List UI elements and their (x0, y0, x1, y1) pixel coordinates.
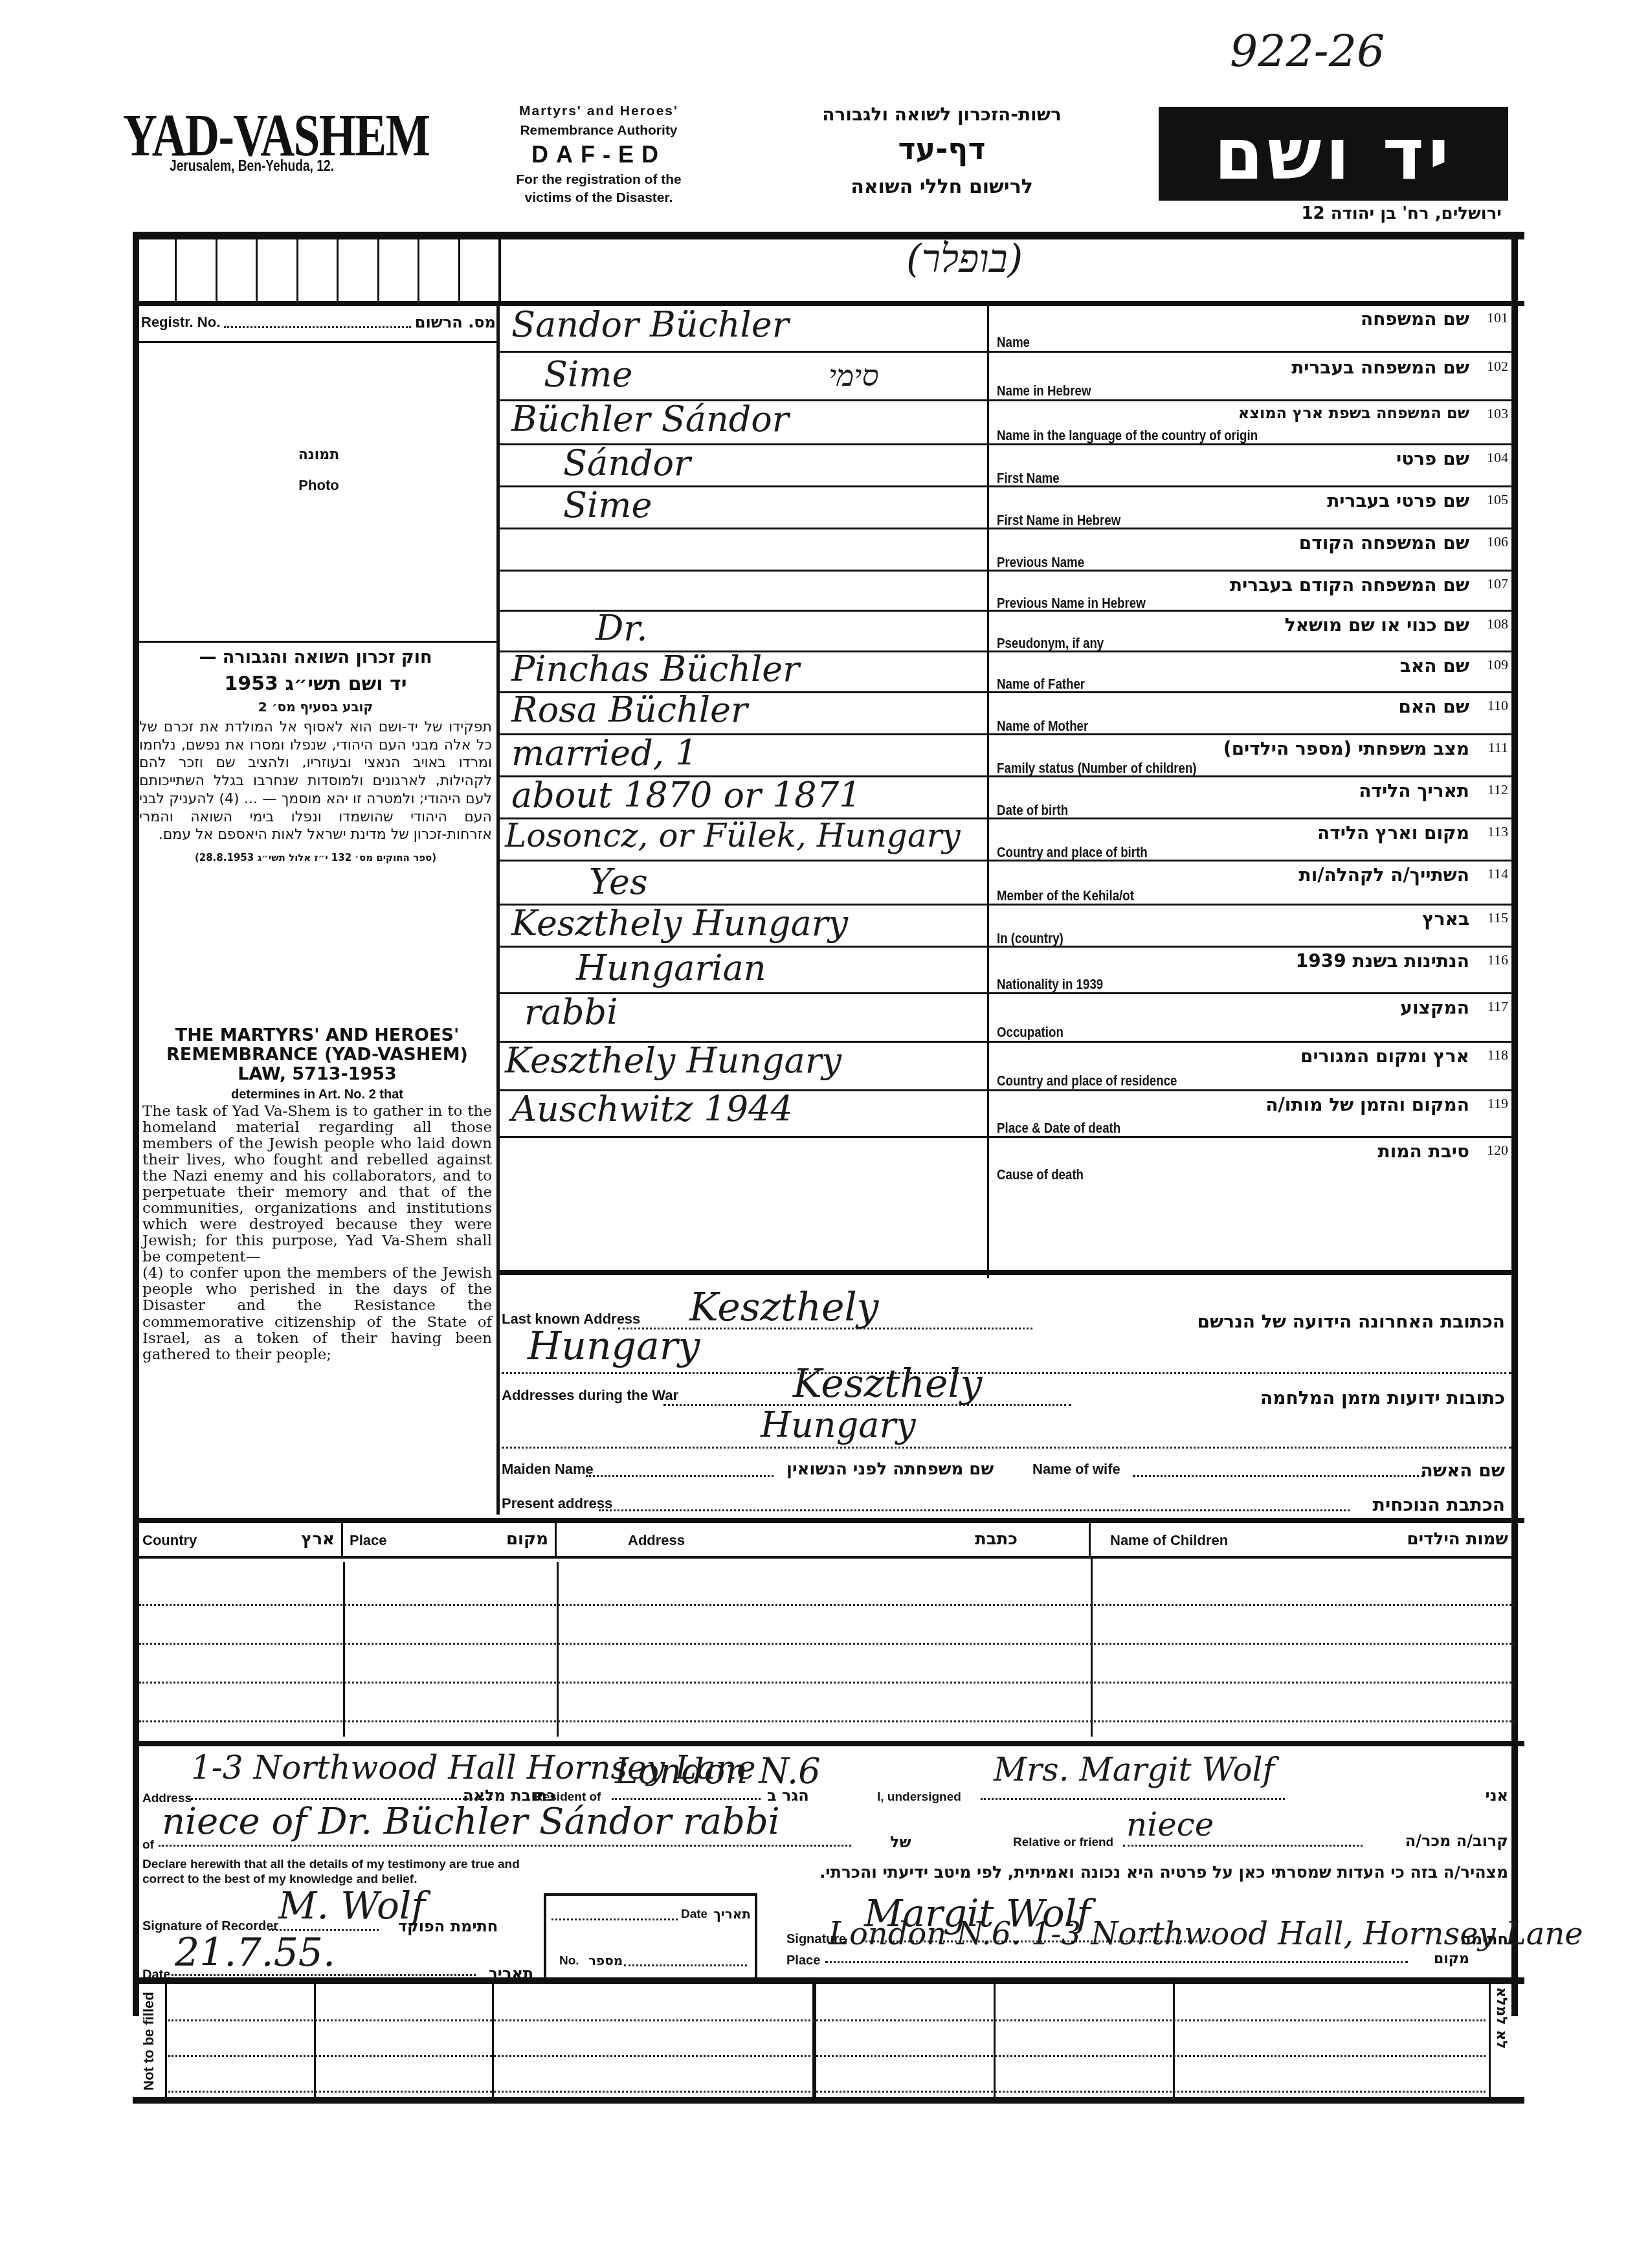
not-to-be-filled-label-he: לא למלא (1493, 1987, 1509, 2049)
hebrew-surname-note: (בופלר) (906, 236, 1023, 282)
purpose-line1: For the registration of the (453, 172, 744, 188)
field-104-number: 104 (1487, 449, 1508, 466)
field-110-value[interactable]: Rosa Büchler (511, 689, 748, 730)
col-children-en: Name of Children (1110, 1532, 1228, 1549)
wife-name-field[interactable] (1133, 1475, 1424, 1477)
office-number-field[interactable] (624, 1964, 747, 1966)
field-109-label-he: שם האב (1400, 655, 1469, 676)
recorder-signature-label-he: חתימת הפוקד (398, 1917, 498, 1935)
last-known-address-value1: Keszthely (689, 1285, 878, 1330)
relative-value: niece (1126, 1806, 1214, 1843)
authority-line1: Martyrs' and Heroes' (453, 104, 744, 119)
resident-of-value: London N.6 (615, 1751, 821, 1792)
law-hebrew-block: חוק זכרון השואה והגבורה — יד ושם תשי״ג 1… (139, 647, 492, 863)
form-title: DAF-ED (453, 141, 744, 168)
war-addresses-label-en: Addresses during the War (502, 1387, 678, 1403)
maiden-name-field[interactable] (586, 1475, 774, 1477)
hebrew-authority: רשות-הזכרון לשואה ולגבורה (796, 104, 1087, 125)
field-104-label-he: שם פרטי (1396, 448, 1469, 469)
field-109-number: 109 (1487, 656, 1508, 673)
place-value: London N.6. 1-3 Northwood Hall, Hornsey … (829, 1916, 1583, 1952)
date-value: 21.7.55. (175, 1930, 335, 1975)
office-date-label-en: Date (681, 1907, 707, 1922)
office-date-label-he: תאריך (713, 1906, 751, 1922)
office-use-box: Date תאריך No. מספר (544, 1893, 757, 1981)
col-place-en: Place (350, 1532, 387, 1549)
field-112-value[interactable]: about 1870 or 1871 (511, 775, 861, 816)
field-104-value[interactable]: Sándor (563, 443, 691, 484)
addresses-section: Last known Address Keszthely הכתובת האחר… (502, 1278, 1511, 1518)
field-row-111: married, 1 111 מצב משפחתי (מספר הילדים) … (498, 735, 1515, 777)
children-row-4[interactable] (139, 1720, 1515, 1722)
field-114-label-en: Member of the Kehila/ot (997, 887, 1134, 904)
field-row-112: about 1870 or 1871 112 תאריך הלידה Date … (498, 777, 1515, 819)
last-known-address-value2: Hungary (528, 1324, 700, 1369)
place-label-he: מקום (1434, 1951, 1469, 1967)
field-row-120: 120 סיבת המות Cause of death (498, 1138, 1515, 1184)
field-117-value[interactable]: rabbi (524, 992, 618, 1032)
yad-vashem-logo: יד ושם (1159, 107, 1508, 201)
field-115-label-he: בארץ (1422, 908, 1469, 929)
authority-line2: Remembrance Authority (453, 123, 744, 139)
field-107-label-en: Previous Name in Hebrew (997, 595, 1146, 612)
field-111-number: 111 (1488, 739, 1508, 756)
col-children: Name of Children שמות הילדים (1091, 1523, 1515, 1556)
field-row-118: Keszthely Hungary 118 ארץ ומקום המגורים … (498, 1043, 1515, 1091)
law-he-body: תפקידו של יד-ושם הוא לאסוף אל המולדת את … (139, 718, 492, 844)
place-label-en: Place (786, 1953, 820, 1968)
field-109-value[interactable]: Pinchas Büchler (511, 649, 799, 689)
field-row-117: rabbi 117 המקצוע Occupation (498, 994, 1515, 1043)
field-108-number: 108 (1487, 616, 1508, 632)
field-117-label-he: המקצוע (1400, 997, 1469, 1018)
undersigned-value: Mrs. Margit Wolf (994, 1751, 1275, 1788)
field-114-number: 114 (1487, 865, 1508, 882)
field-114-value[interactable]: Yes (589, 862, 648, 902)
law-english-block: THE MARTYRS' AND HEROES' REMEMBRANCE (YA… (142, 1026, 492, 1363)
of-field[interactable] (159, 1845, 851, 1847)
children-table-header: Country ארץ Place מקום Address כתבת Name… (139, 1523, 1515, 1559)
not-to-be-filled-section: Not to be filled לא למלא (139, 1984, 1515, 2097)
footer-row-2[interactable] (168, 2055, 1486, 2057)
field-row-110: Rosa Büchler 110 שם האם Name of Mother (498, 693, 1515, 735)
field-115-value[interactable]: Keszthely Hungary (511, 903, 848, 944)
law-he-title2: יד ושם תשי״ג 1953 (139, 673, 492, 695)
photo-label-en: Photo (139, 477, 498, 494)
field-row-103: Büchler Sándor 103 שם המשפחה בשפת ארץ המ… (498, 401, 1515, 445)
field-105-label-he: שם פרטי בעברית (1327, 490, 1469, 511)
undersigned-label-he: אני (1486, 1786, 1508, 1805)
field-103-number: 103 (1487, 405, 1508, 422)
present-address-label-en: Present address (502, 1495, 612, 1511)
field-107-label-he: שם המשפחה הקודם בעברית (1230, 574, 1469, 595)
col-country-en: Country (142, 1532, 197, 1549)
field-120-label-en: Cause of death (997, 1166, 1084, 1183)
field-107-number: 107 (1487, 575, 1508, 592)
of-value: niece of Dr. Büchler Sándor rabbi (162, 1801, 780, 1843)
field-116-number: 116 (1487, 951, 1508, 968)
war-addresses-label-he: כתובות ידועות מזמן המלחמה (1260, 1387, 1505, 1408)
field-row-107: 107 שם המשפחה הקודם בעברית Previous Name… (498, 572, 1515, 612)
field-115-number: 115 (1487, 909, 1508, 926)
col-place-he: מקום (506, 1529, 548, 1549)
relative-field[interactable] (1123, 1845, 1363, 1847)
field-106-label-he: שם המשפחה הקודם (1299, 532, 1469, 553)
col-address: Address כתבת (557, 1523, 1091, 1556)
col-place: Place מקום (343, 1523, 557, 1556)
field-101-label-he: שם המשפחה (1361, 308, 1469, 329)
relative-label-he: קרוב/ה מכר/ה (1405, 1832, 1508, 1850)
field-109-label-en: Name of Father (997, 676, 1085, 693)
col-address-en: Address (628, 1532, 685, 1549)
present-address-field[interactable] (599, 1509, 1350, 1511)
field-101-number: 101 (1487, 309, 1508, 326)
declaration-top-rule (133, 1741, 1524, 1746)
field-108-label-he: שם כנוי או שם מושאל (1285, 614, 1469, 636)
field-105-value[interactable]: Sime (563, 485, 652, 526)
field-row-108: Dr. 108 שם כנוי או שם מושאל Pseudonym, i… (498, 612, 1515, 652)
law-en-title1: THE MARTYRS' AND HEROES' (142, 1026, 492, 1045)
field-117-label-en: Occupation (997, 1024, 1063, 1041)
field-113-label-en: Country and place of birth (997, 844, 1148, 861)
fields-grid: Sandor Büchler 101 שם המשפחה Name Sime ס… (498, 304, 1515, 1278)
field-row-109: Pinchas Büchler 109 שם האב Name of Fathe… (498, 652, 1515, 693)
declaration-text-en: Declare herewith that all the details of… (142, 1858, 544, 1887)
file-number-handwritten: 922-26 (1230, 26, 1385, 77)
field-102-value[interactable]: Sime (544, 354, 632, 395)
field-row-116: Hungarian 116 הנתינות בשנת 1939 National… (498, 948, 1515, 994)
footer-row-1[interactable] (168, 2019, 1486, 2021)
field-103-value[interactable]: Büchler Sándor (511, 399, 789, 439)
hebrew-form-title: דף-עד (796, 131, 1087, 166)
photo-label-he: תמונה (139, 447, 498, 463)
maiden-name-label-en: Maiden Name (502, 1461, 594, 1477)
field-113-value[interactable]: Losoncz, or Fülek, Hungary (505, 817, 961, 854)
field-110-label-en: Name of Mother (997, 718, 1088, 735)
law-en-title3: LAW, 5713-1953 (142, 1065, 492, 1084)
law-en-body: The task of Yad Va-Shem is to gather in … (142, 1104, 492, 1266)
war-addresses-line2[interactable] (502, 1447, 1511, 1449)
resident-of-field[interactable] (612, 1798, 761, 1800)
purpose-line2: victims of the Disaster. (453, 190, 744, 206)
children-table: Country ארץ Place מקום Address כתבת Name… (139, 1523, 1515, 1737)
footer-bottom-rule (133, 2097, 1524, 2104)
last-known-address-label-he: הכתובת האחרונה הידועה של הנרשם (1197, 1311, 1505, 1332)
logo-text: יד ושם (1214, 113, 1453, 195)
office-number-label-he: מספר (588, 1953, 623, 1968)
col-country-he: ארץ (301, 1529, 335, 1549)
field-119-label-en: Place & Date of death (997, 1120, 1120, 1137)
field-101-label-en: Name (997, 334, 1030, 351)
photo-area: תמונה Photo (139, 343, 498, 641)
field-116-value[interactable]: Hungarian (576, 948, 766, 988)
field-118-label-he: ארץ ומקום המגורים (1300, 1045, 1469, 1067)
logo-address: ירושלים, רח' בן יהודה 12 (1165, 204, 1502, 223)
law-en-title2: REMEMBRANCE (YAD-VASHEM) (142, 1045, 492, 1065)
field-120-label-he: סיבת המות (1378, 1140, 1469, 1162)
field-103-label-he: שם המשפחה בשפת ארץ המוצא (1238, 404, 1469, 422)
field-117-number: 117 (1487, 998, 1508, 1015)
children-row-2[interactable] (139, 1643, 1515, 1645)
field-118-number: 118 (1487, 1047, 1508, 1063)
field-102-label-en: Name in Hebrew (997, 383, 1091, 399)
field-119-label-he: המקום והזמן של מותו/ה (1265, 1094, 1469, 1115)
field-102-label-he: שם המשפחה בעברית (1291, 357, 1469, 378)
registration-label-en: Registr. No. (141, 314, 220, 331)
field-row-101: Sandor Büchler 101 שם המשפחה Name (498, 304, 1515, 353)
undersigned-label-en: I, undersigned (877, 1790, 961, 1805)
registration-number-row: Registr. No. מס. הרשום (141, 309, 496, 335)
field-row-114: Yes 114 השתייך/ה לקהלה/ות Member of the … (498, 862, 1515, 906)
field-118-label-en: Country and place of residence (997, 1073, 1177, 1089)
hebrew-purpose: לרישום חללי השואה (796, 175, 1087, 198)
field-row-113: Losoncz, or Fülek, Hungary 113 מקום וארץ… (498, 819, 1515, 862)
wife-name-label-en: Name of wife (1032, 1461, 1120, 1478)
maiden-name-label-he: שם משפחתה לפני הנשואין (786, 1460, 994, 1479)
children-row-1[interactable] (139, 1604, 1515, 1606)
field-row-119: Auschwitz 1944 119 המקום והזמן של מותו/ה… (498, 1091, 1515, 1138)
field-118-value[interactable]: Keszthely Hungary (505, 1040, 841, 1081)
org-address: Jerusalem, Ben-Yehuda, 12. (170, 157, 334, 175)
field-119-value[interactable]: Auschwitz 1944 (511, 1089, 793, 1129)
field-112-label-he: תאריך הלידה (1359, 780, 1469, 801)
present-address-label-he: הכתבת הנוכחית (1373, 1494, 1505, 1515)
field-103-label-en: Name in the language of the country of o… (997, 427, 1258, 444)
field-102-number: 102 (1487, 358, 1508, 375)
war-addresses-value2: Hungary (761, 1405, 916, 1445)
field-102-value-he[interactable]: סימי (829, 358, 879, 393)
field-105-label-en: First Name in Hebrew (997, 512, 1120, 529)
field-113-label-he: מקום וארץ הלידה (1317, 822, 1469, 843)
field-105-number: 105 (1487, 491, 1508, 508)
field-112-label-en: Date of birth (997, 802, 1068, 819)
relative-label-en: Relative or friend (1013, 1836, 1113, 1850)
children-row-3[interactable] (139, 1682, 1515, 1684)
office-date-field[interactable] (551, 1918, 678, 1920)
law-he-subtitle: קובע בסעיף מס׳ 2 (139, 699, 492, 715)
footer-top-rule (133, 1977, 1524, 1984)
col-address-he: כתבת (975, 1529, 1018, 1549)
hebrew-authority-block: רשות-הזכרון לשואה ולגבורה דף-עד לרישום ח… (796, 104, 1087, 198)
field-116-label-he: הנתינות בשנת 1939 (1296, 950, 1469, 972)
wife-name-label-he: שם האשה (1420, 1460, 1505, 1481)
field-106-label-en: Previous Name (997, 554, 1084, 571)
declarant-address-field[interactable] (188, 1798, 492, 1800)
law-en-body2: (4) to confer upon the members of the Je… (142, 1265, 492, 1362)
field-110-number: 110 (1487, 697, 1508, 714)
field-row-104: Sándor 104 שם פרטי First Name (498, 445, 1515, 487)
field-114-label-he: השתייך/ה לקהלה/ות (1299, 864, 1469, 885)
field-113-number: 113 (1487, 823, 1508, 840)
registration-label-he: מס. הרשום (415, 313, 496, 331)
war-addresses-value1: Keszthely (793, 1361, 982, 1406)
top-rule (133, 232, 1524, 239)
field-row-102: Sime סימי 102 שם המשפחה בעברית Name in H… (498, 353, 1515, 401)
col-country: Country ארץ (139, 1523, 343, 1556)
field-112-number: 112 (1487, 781, 1508, 798)
field-row-105: Sime 105 שם פרטי בעברית First Name in He… (498, 487, 1515, 529)
undersigned-field[interactable] (981, 1798, 1285, 1800)
field-row-115: Keszthely Hungary 115 בארץ In (country) (498, 906, 1515, 948)
field-115-label-en: In (country) (997, 930, 1063, 947)
field-119-number: 119 (1487, 1095, 1508, 1112)
field-104-label-en: First Name (997, 470, 1060, 487)
law-he-title1: חוק זכרון השואה והגבורה — (139, 647, 492, 667)
addresses-top-rule (498, 1270, 1518, 1275)
authority-block: Martyrs' and Heroes' Remembrance Authori… (453, 104, 744, 206)
office-number-label-en: No. (559, 1954, 579, 1968)
registration-number-field[interactable] (224, 317, 411, 328)
field-108-label-en: Pseudonym, if any (997, 635, 1104, 652)
last-known-address-line2[interactable] (502, 1372, 1511, 1374)
field-111-label-he: מצב משפחתי (מספר הילדים) (1223, 738, 1469, 759)
coding-boxes (139, 239, 498, 304)
field-110-label-he: שם האם (1398, 696, 1469, 717)
of-label-he: של (890, 1833, 911, 1851)
not-to-be-filled-label-en: Not to be filled (140, 1990, 157, 2091)
of-label-en: of (142, 1838, 154, 1852)
field-101-value[interactable]: Sandor Büchler (511, 304, 789, 345)
law-he-footnote: (ספר החוקים מס׳ 132 י״ז אלול תשי״ג 28.8.… (139, 852, 492, 863)
field-120-number: 120 (1487, 1142, 1508, 1159)
field-111-value[interactable]: married, 1 (511, 733, 698, 773)
footer-row-3[interactable] (168, 2091, 1486, 2093)
field-108-value[interactable]: Dr. (596, 608, 647, 649)
field-106-number: 106 (1487, 533, 1508, 550)
field-116-label-en: Nationality in 1939 (997, 976, 1103, 993)
field-row-106: 106 שם המשפחה הקודם Previous Name (498, 529, 1515, 572)
place-field[interactable] (825, 1961, 1408, 1963)
law-en-subtitle: determines in Art. No. 2 that (142, 1087, 492, 1102)
field-111-label-en: Family status (Number of children) (997, 760, 1197, 777)
col-children-he: שמות הילדים (1407, 1529, 1508, 1549)
children-table-top-rule (133, 1518, 1524, 1523)
declaration-text-he: מצהיר/ה בזה כי העדות שמסרתי כאן על פרטיה… (557, 1863, 1508, 1882)
